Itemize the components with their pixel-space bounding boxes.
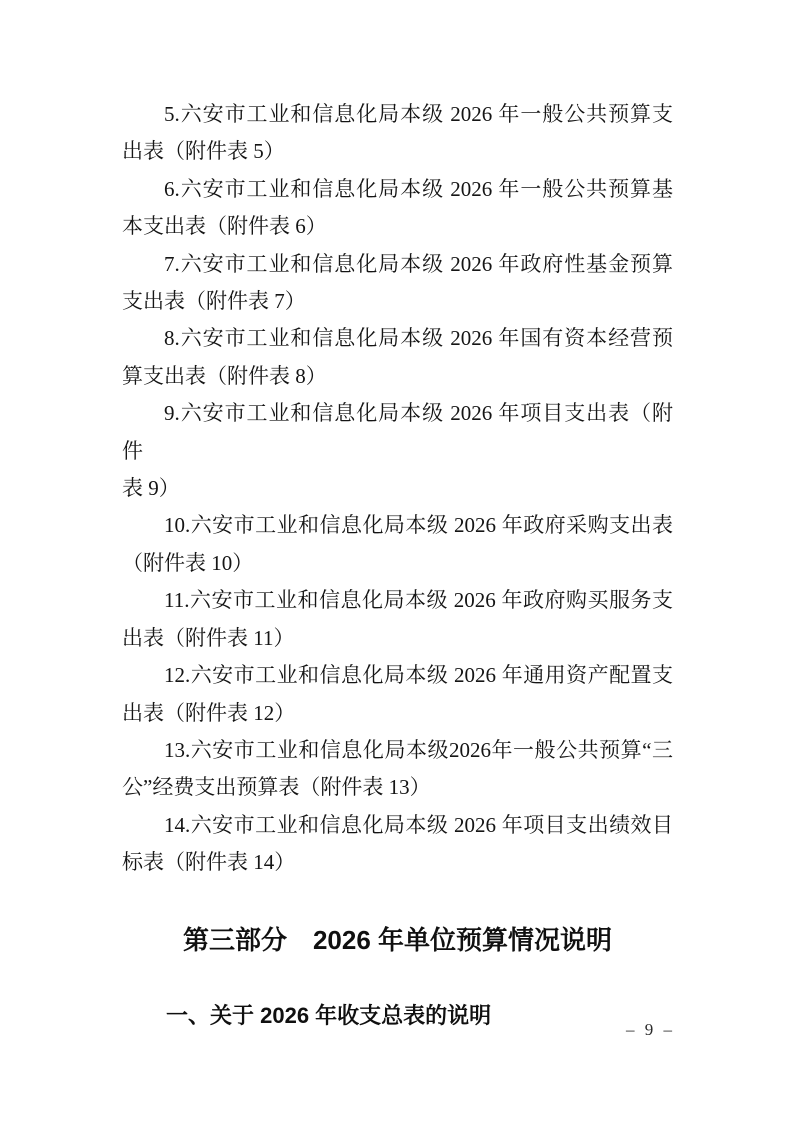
list-item-line: 出表（附件表 5） [122, 133, 673, 170]
list-item-line: 12.六安市工业和信息化局本级 2026 年通用资产配置支 [122, 657, 673, 694]
list-item-line: （附件表 10） [122, 545, 673, 582]
part-heading: 第三部分 2026 年单位预算情况说明 [122, 922, 673, 958]
list-item-line: 11.六安市工业和信息化局本级 2026 年政府购买服务支 [122, 582, 673, 619]
list-item-line: 出表（附件表 12） [122, 695, 673, 732]
list-item: 14.六安市工业和信息化局本级 2026 年项目支出绩效目 标表（附件表 14） [122, 807, 673, 882]
list-item: 7.六安市工业和信息化局本级 2026 年政府性基金预算 支出表（附件表 7） [122, 246, 673, 321]
list-item-line: 8.六安市工业和信息化局本级 2026 年国有资本经营预 [122, 320, 673, 357]
list-item-line: 出表（附件表 11） [122, 620, 673, 657]
document-body: 5.六安市工业和信息化局本级 2026 年一般公共预算支 出表（附件表 5） 6… [122, 0, 673, 1033]
list-item: 5.六安市工业和信息化局本级 2026 年一般公共预算支 出表（附件表 5） [122, 96, 673, 171]
list-item-line: 公”经费支出预算表（附件表 13） [122, 769, 673, 806]
list-item: 9.六安市工业和信息化局本级 2026 年项目支出表（附件 表 9） [122, 395, 673, 507]
list-item: 11.六安市工业和信息化局本级 2026 年政府购买服务支 出表（附件表 11） [122, 582, 673, 657]
list-item-line: 14.六安市工业和信息化局本级 2026 年项目支出绩效目 [122, 807, 673, 844]
list-item: 13.六安市工业和信息化局本级2026年一般公共预算“三 公”经费支出预算表（附… [122, 732, 673, 807]
list-item-line: 10.六安市工业和信息化局本级 2026 年政府采购支出表 [122, 507, 673, 544]
list-item-line: 支出表（附件表 7） [122, 283, 673, 320]
list-item-line: 算支出表（附件表 8） [122, 358, 673, 395]
list-item-line: 7.六安市工业和信息化局本级 2026 年政府性基金预算 [122, 246, 673, 283]
list-item-line: 表 9） [122, 470, 673, 507]
list-item-line: 13.六安市工业和信息化局本级2026年一般公共预算“三 [122, 732, 673, 769]
list-item-line: 本支出表（附件表 6） [122, 208, 673, 245]
list-item-line: 9.六安市工业和信息化局本级 2026 年项目支出表（附件 [122, 395, 673, 470]
list-item: 12.六安市工业和信息化局本级 2026 年通用资产配置支 出表（附件表 12） [122, 657, 673, 732]
sub-heading: 一、关于 2026 年收支总表的说明 [122, 999, 673, 1033]
list-item: 10.六安市工业和信息化局本级 2026 年政府采购支出表 （附件表 10） [122, 507, 673, 582]
list-item-line: 6.六安市工业和信息化局本级 2026 年一般公共预算基 [122, 171, 673, 208]
list-item: 8.六安市工业和信息化局本级 2026 年国有资本经营预 算支出表（附件表 8） [122, 320, 673, 395]
list-item-line: 5.六安市工业和信息化局本级 2026 年一般公共预算支 [122, 96, 673, 133]
list-item: 6.六安市工业和信息化局本级 2026 年一般公共预算基 本支出表（附件表 6） [122, 171, 673, 246]
page-number: – 9 – [626, 1020, 675, 1040]
document-page: 5.六安市工业和信息化局本级 2026 年一般公共预算支 出表（附件表 5） 6… [0, 0, 793, 1122]
list-item-line: 标表（附件表 14） [122, 844, 673, 881]
